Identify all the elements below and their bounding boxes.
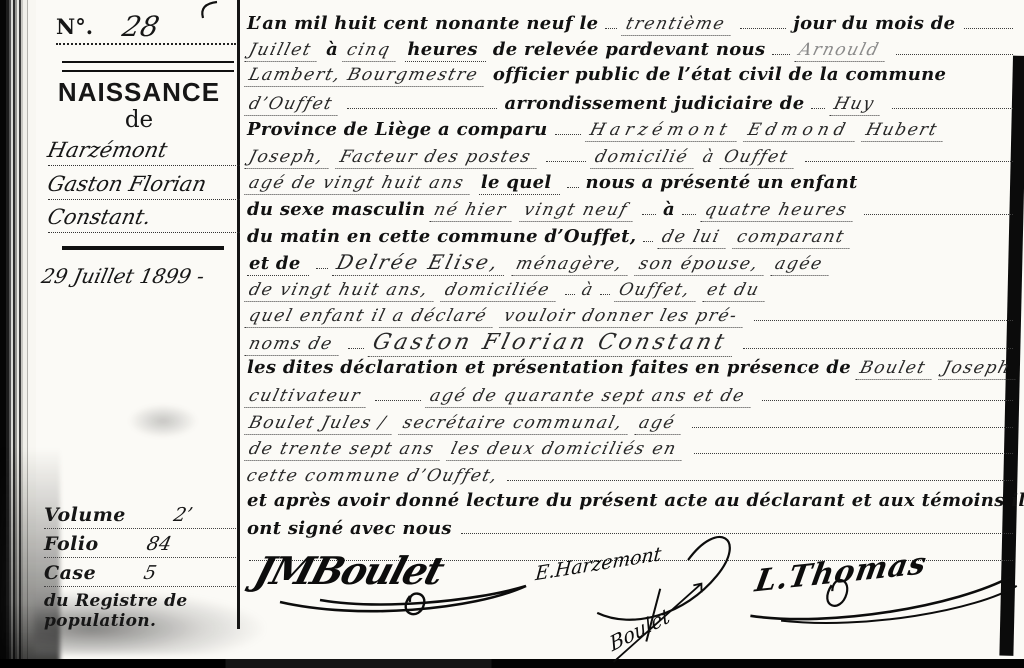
act-text-segment: son épouse, — [634, 254, 769, 276]
registry-volume-row: Volume 2’ — [44, 504, 236, 529]
act-text-segment: Arnould — [795, 40, 891, 62]
act-text-segment: nous a présenté un enfant — [586, 172, 858, 193]
act-text-segment: Delrée Elise, — [331, 250, 510, 276]
folio-value: 84 — [144, 533, 173, 555]
act-line: cultivateuragé de quarante sept ans et d… — [247, 383, 1013, 410]
act-text-segment: Joseph — [938, 358, 1021, 380]
act-line: de vingt huit ans,domiciliéeàOuffet,et d… — [247, 277, 1013, 304]
act-number-label: N°. — [56, 14, 93, 39]
act-line: du sexe masculinné hiervingt neufàquatre… — [247, 197, 1013, 224]
dotted-leader — [605, 11, 617, 29]
act-text-segment: à — [701, 147, 718, 167]
dotted-leader — [375, 383, 421, 401]
act-text-segment: cultivateur — [244, 386, 371, 408]
act-number-value: 28 — [120, 14, 161, 39]
signature-2-name: E.Harzemont — [533, 542, 662, 585]
dotted-leader — [694, 437, 1013, 455]
folio-label: Folio — [44, 533, 99, 555]
act-text-segment: Lambert, Bourgmestre — [244, 65, 488, 87]
child-firstnames: Gaston Florian — [48, 172, 240, 200]
act-text-segment: et après avoir donné lecture du présent … — [247, 490, 1024, 511]
act-text-segment: né hier — [430, 200, 518, 222]
dotted-leader — [811, 91, 825, 109]
dotted-leader — [896, 38, 1013, 56]
act-text-segment: du sexe masculin — [247, 199, 425, 220]
dotted-leader — [740, 11, 786, 29]
act-line: Boulet Jules /secrétaire communal,agé — [247, 410, 1013, 437]
act-line: L’an mil huit cent nonante neuf letrenti… — [247, 11, 1013, 38]
act-line: de trente sept ansles deux domiciliés en — [247, 437, 1013, 464]
child-thirdname: Constant. — [48, 205, 240, 233]
signature-1-name: JMBoulet — [243, 550, 450, 594]
child-surname-text: Harzémont — [45, 138, 169, 162]
dotted-leader — [642, 197, 656, 215]
case-label: Case — [44, 562, 96, 584]
act-line: noms deGaston Florian Constant — [247, 330, 1013, 357]
act-text-segment: heures — [405, 39, 486, 62]
act-text-segment: agé de vingt huit ans — [244, 173, 474, 195]
act-text-segment: Province de Liège a comparu — [247, 119, 548, 140]
dotted-leader — [805, 144, 1013, 162]
signature-1-boulet: JMBoulet — [258, 536, 558, 626]
registry-case-row: Case 5 — [44, 562, 236, 587]
act-text-segment: quatre heures — [700, 200, 858, 222]
act-text-segment: à — [326, 39, 338, 60]
act-text-segment: vingt neuf — [519, 200, 638, 222]
birth-act-scan-page: N°. 28 NAISSANCE de Harzémont Gaston Flo… — [0, 0, 1024, 668]
act-line: Lambert, Bourgmestreofficier public de l… — [247, 64, 1013, 91]
dotted-leader — [565, 277, 575, 295]
registry-block: Volume 2’ Folio 84 Case 5 du Registre de… — [44, 504, 236, 631]
act-text-segment: jour du mois de — [793, 13, 955, 34]
act-text-segment: Huy — [830, 94, 886, 116]
act-line: Joseph,Facteur des postesdomiciliéàOuffe… — [247, 144, 1013, 171]
act-body: L’an mil huit cent nonante neuf letrenti… — [247, 11, 1013, 569]
act-text-segment: et de — [247, 253, 309, 276]
act-line: quel enfant il a déclarévouloir donner l… — [247, 304, 1013, 331]
act-text-segment: du matin en cette commune d’Ouffet, — [247, 226, 636, 247]
act-line: agé de vingt huit ansle quelnous a prése… — [247, 171, 1013, 198]
act-text-segment: Boulet — [855, 358, 936, 380]
double-rule — [62, 61, 234, 72]
act-text-segment: officier public de l’état civil de la co… — [493, 64, 946, 85]
dotted-leader — [546, 144, 586, 162]
act-text-segment: de lui — [658, 227, 731, 249]
act-line: les dites déclaration et présentation fa… — [247, 357, 1013, 384]
act-line: Province de Liège a comparuHarzémontEdmo… — [247, 117, 1013, 144]
act-text-segment: agé — [635, 413, 686, 435]
act-line: cette commune d’Ouffet, — [247, 463, 1013, 490]
act-line: du matin en cette commune d’Ouffet,de lu… — [247, 224, 1013, 251]
act-text-segment: de trente sept ans — [244, 439, 445, 461]
act-line: Juilletàcinqheuresde relevée pardevant n… — [247, 38, 1013, 65]
margin-subtitle: de — [40, 107, 238, 133]
case-value: 5 — [142, 562, 159, 584]
act-text-segment: cinq — [342, 40, 401, 62]
act-text-segment: agé de quarante sept ans et de — [426, 386, 756, 408]
act-text-segment: Ouffet, — [615, 280, 701, 302]
act-text-segment: à — [663, 199, 675, 220]
child-firstnames-text: Gaston Florian — [45, 172, 208, 196]
dotted-leader — [864, 197, 1013, 215]
act-text-segment: arrondissement judiciaire de — [504, 93, 804, 114]
margin-column: N°. 28 NAISSANCE de Harzémont Gaston Flo… — [40, 0, 238, 668]
act-text-segment: cette commune d’Ouffet, — [245, 466, 501, 486]
dotted-leader — [754, 304, 1013, 322]
act-text-segment: Edmond — [743, 120, 860, 142]
dotted-leader — [555, 117, 581, 135]
dotted-leader — [743, 331, 1013, 349]
act-text-segment: quel enfant il a déclaré — [244, 306, 497, 328]
registry-footer: du Registre de population. — [44, 591, 236, 631]
act-text-segment: L’an mil huit cent nonante neuf le — [247, 13, 598, 34]
dotted-leader — [347, 91, 497, 109]
child-surname: Harzémont — [48, 138, 240, 166]
act-text-segment: Gaston Florian Constant — [367, 330, 737, 357]
act-number-row: N°. 28 — [56, 14, 236, 45]
act-text-segment: trentième — [622, 14, 736, 36]
registry-folio-row: Folio 84 — [44, 533, 236, 558]
act-text-segment: ménagère, — [511, 254, 633, 276]
margin-title: NAISSANCE — [40, 77, 238, 108]
act-text-segment: vouloir donner les pré- — [499, 306, 748, 328]
act-text-segment: agée — [770, 254, 833, 276]
margin-date-text: 29 Juillet 1899 - — [39, 264, 206, 288]
act-text-segment: de relevée pardevant nous — [493, 39, 766, 60]
act-text-segment: Joseph, — [244, 147, 334, 169]
act-line: et après avoir donné lecture du présent … — [247, 490, 1013, 517]
dotted-leader — [507, 463, 1013, 481]
act-text-segment: domicilié — [591, 147, 699, 169]
act-text-segment: Hubert — [862, 120, 949, 142]
act-text-segment: Harzémont — [585, 120, 742, 142]
act-text-segment: noms de — [244, 334, 343, 356]
margin-date: 29 Juillet 1899 - — [42, 264, 204, 288]
dotted-leader — [964, 11, 1013, 29]
act-text-segment: les deux domiciliés en — [446, 439, 687, 461]
dotted-leader — [567, 171, 579, 189]
dotted-leader — [892, 91, 1013, 109]
volume-value: 2’ — [172, 504, 195, 526]
act-text-segment: Juillet — [244, 40, 322, 62]
act-text-segment: comparant — [732, 227, 855, 249]
act-text-segment: Facteur des postes — [336, 147, 542, 169]
act-line: d’Ouffetarrondissement judiciaire deHuy — [247, 91, 1013, 118]
dotted-leader — [316, 252, 328, 270]
act-text-segment: secrétaire communal, — [398, 413, 633, 435]
dotted-leader — [692, 410, 1013, 428]
act-text-segment: d’Ouffet — [244, 94, 343, 116]
act-text-segment: Ouffet — [719, 147, 798, 169]
act-text-segment: à — [579, 280, 596, 300]
thick-rule — [62, 246, 224, 250]
act-text-segment: le quel — [479, 172, 560, 195]
dotted-leader — [600, 277, 610, 295]
act-line: et deDelrée Elise,ménagère,son épouse,ag… — [247, 250, 1013, 277]
dotted-leader — [348, 331, 364, 349]
act-text-segment: domiciliée — [440, 280, 560, 302]
act-text-segment: de vingt huit ans, — [244, 280, 439, 302]
act-text-segment: les dites déclaration et présentation fa… — [247, 357, 851, 378]
dotted-leader — [643, 224, 653, 242]
volume-label: Volume — [44, 504, 126, 526]
child-thirdname-text: Constant. — [45, 205, 153, 229]
act-text-segment: et du — [703, 280, 771, 302]
dotted-leader — [772, 38, 790, 56]
signature-4-name: L.Thomas — [751, 545, 929, 599]
dotted-leader — [762, 383, 1013, 401]
act-text-segment: Boulet Jules / — [244, 413, 396, 435]
dotted-leader — [682, 197, 696, 215]
